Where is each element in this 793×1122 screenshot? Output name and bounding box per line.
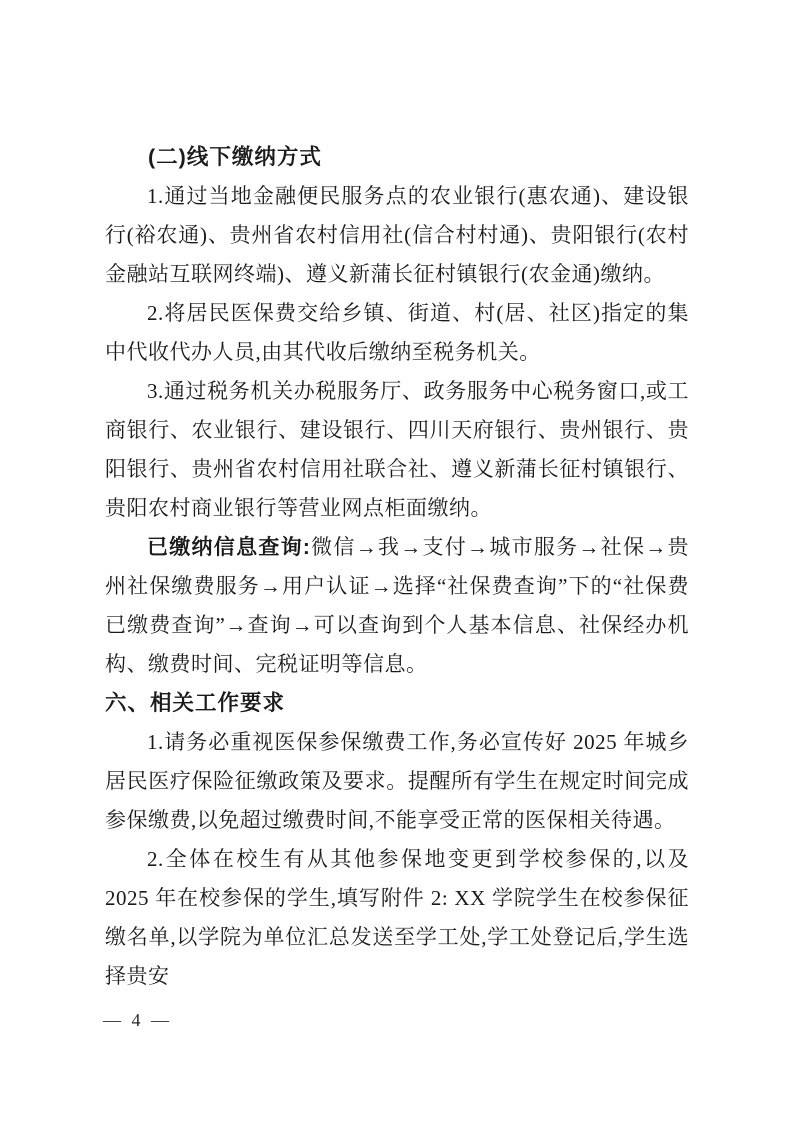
paragraph-requirement-roster: 2.全体在校生有从其他参保地变更到学校参保的,以及 2025 年在校参保的学生,…: [105, 840, 689, 996]
page-number: — 4 —: [103, 1008, 172, 1032]
paragraph-collection-agents: 2.将居民医保费交给乡镇、街道、村(居、社区)指定的集中代收代办人员,由其代收后…: [105, 294, 689, 372]
paragraph-requirement-publicity: 1.请务必重视医保参保缴费工作,务必宣传好 2025 年城乡居民医疗保险征缴政策…: [105, 723, 689, 840]
document-page: (二)线下缴纳方式 1.通过当地金融便民服务点的农业银行(惠农通)、建设银行(裕…: [0, 0, 793, 1122]
heading-offline-payment-methods: (二)线下缴纳方式: [105, 138, 689, 177]
paid-info-query-label: 已缴纳信息查询:: [147, 536, 310, 559]
paragraph-paid-info-query: 已缴纳信息查询:微信→我→支付→城市服务→社保→贵州社保缴费服务→用户认证→选择…: [105, 528, 689, 684]
heading-work-requirements: 六、相关工作要求: [105, 684, 689, 723]
paragraph-bank-service-points: 1.通过当地金融便民服务点的农业银行(惠农通)、建设银行(裕农通)、贵州省农村信…: [105, 177, 689, 294]
document-body: (二)线下缴纳方式 1.通过当地金融便民服务点的农业银行(惠农通)、建设银行(裕…: [105, 138, 689, 996]
paragraph-counter-payment: 3.通过税务机关办税服务厅、政务服务中心税务窗口,或工商银行、农业银行、建设银行…: [105, 372, 689, 528]
